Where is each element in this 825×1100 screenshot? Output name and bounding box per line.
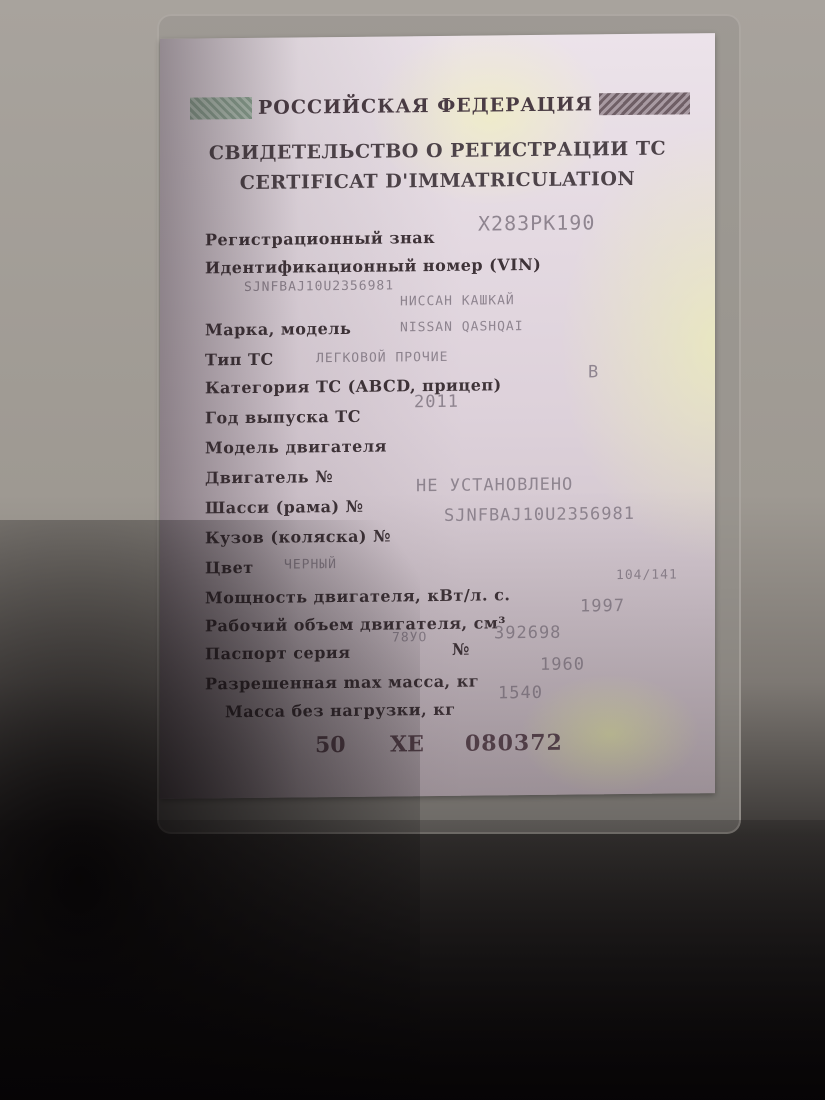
value-passport-number: 392698 (494, 623, 561, 644)
label-chassis: Шасси (рама) № (205, 497, 364, 518)
guilloche-pattern-right (599, 92, 690, 115)
value-body: SJNFBAJ10U2356981 (444, 504, 635, 526)
country-name: РОССИЙСКАЯ ФЕДЕРАЦИЯ (258, 93, 593, 119)
serial-number: 080372 (465, 730, 563, 757)
label-year: Год выпуска ТС (205, 407, 361, 428)
label-engine-model: Модель двигателя (205, 437, 387, 458)
value-max-mass: 1960 (540, 654, 585, 674)
value-category: B (588, 362, 599, 382)
value-power: 104/141 (616, 567, 678, 583)
label-reg-sign: Регистрационный знак (205, 228, 435, 249)
title-russian: СВИДЕТЕЛЬСТВО О РЕГИСТРАЦИИ ТС (160, 137, 715, 165)
guilloche-pattern-left (190, 97, 252, 120)
header-band: РОССИЙСКАЯ ФЕДЕРАЦИЯ (190, 91, 690, 120)
title-french: CERTIFICAT D'IMMATRICULATION (160, 167, 715, 195)
value-make-model-en: NISSAN QASHQAI (400, 319, 524, 335)
value-curb-mass: 1540 (498, 683, 543, 703)
value-vin: SJNFBAJ10U2356981 (244, 278, 394, 295)
value-make-model-ru: НИССАН КАШКАЙ (400, 293, 515, 309)
label-make-model: Марка, модель (205, 319, 351, 340)
value-displacement: 1997 (580, 596, 625, 616)
label-passport-number-sign: № (452, 640, 470, 659)
value-year: 2011 (414, 392, 459, 412)
label-vin: Идентификационный номер (VIN) (205, 255, 541, 278)
value-reg-sign: X283PK190 (478, 210, 595, 235)
label-type: Тип ТС (205, 350, 274, 370)
label-engine-number: Двигатель № (205, 467, 333, 487)
value-chassis: НЕ УСТАНОВЛЕНО (416, 475, 573, 497)
photo-shadow-bottom (0, 820, 825, 1100)
value-type: ЛЕГКОВОЙ ПРОЧИЕ (316, 350, 448, 366)
